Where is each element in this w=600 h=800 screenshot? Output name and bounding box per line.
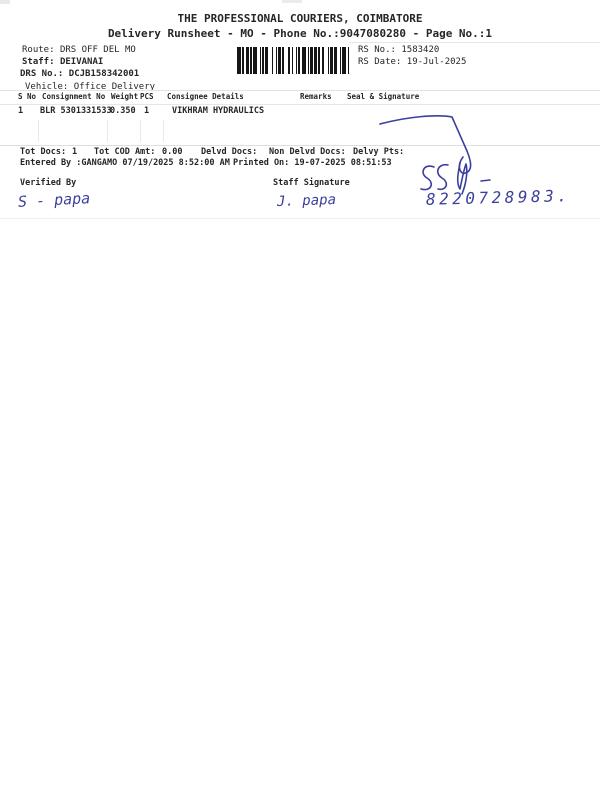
row-cell-pcs: 1 xyxy=(144,107,149,117)
summary-top-line xyxy=(0,145,600,146)
cell-border xyxy=(38,120,39,142)
company-title: THE PROFESSIONAL COURIERS, COIMBATORE xyxy=(0,13,600,26)
delivery-runsheet-scan: THE PROFESSIONAL COURIERS, COIMBATORE De… xyxy=(0,0,600,800)
staff-label: Staff: xyxy=(22,57,55,67)
route-label: Route: xyxy=(22,45,55,55)
rs-no-line: RS No.: 1583420 xyxy=(358,45,439,55)
cell-border xyxy=(107,120,108,142)
row-cell-consignment-no: BLR 5301331533 xyxy=(40,107,112,117)
route-value: DRS OFF DEL MO xyxy=(60,45,136,55)
scan-line xyxy=(350,42,600,43)
rs-date-value: 19-Jul-2025 xyxy=(407,57,467,67)
col-header-remarks: Remarks xyxy=(300,93,332,102)
staff-line: Staff: DEIVANAI xyxy=(22,57,103,67)
printed-on-label: Printed On: xyxy=(233,158,289,168)
rs-no-label: RS No.: xyxy=(358,45,396,55)
cell-border xyxy=(163,120,164,142)
scan-smudge xyxy=(0,0,10,4)
table-header-top-line xyxy=(0,90,600,91)
drs-no-value: DCJB158342001 xyxy=(69,69,139,79)
tot-cod-amt-value: 0.00 xyxy=(162,148,182,158)
route-line: Route: DRS OFF DEL MO xyxy=(22,45,136,55)
printed-on-line: Printed On: 19-07-2025 08:51:53 xyxy=(233,159,392,169)
row-cell-s-no: 1 xyxy=(18,107,23,117)
rs-date-label: RS Date: xyxy=(358,57,401,67)
col-header-s-no: S No xyxy=(18,93,36,102)
staff-signature-label: Staff Signature xyxy=(273,179,350,189)
entered-by-value: GANGAMO 07/19/2025 8:52:00 AM xyxy=(81,158,229,168)
drs-no-label: DRS No.: xyxy=(20,69,63,79)
drs-no-line: DRS No.: DCJB158342001 xyxy=(20,69,139,79)
scan-line xyxy=(0,218,600,219)
cell-border xyxy=(140,120,141,142)
non-delvd-docs-label: Non Delvd Docs: xyxy=(269,148,346,158)
row-cell-weight: 0.350 xyxy=(110,107,136,117)
col-header-consignment-no: Consignment No xyxy=(42,93,105,102)
tot-docs-label: Tot Docs: xyxy=(20,148,66,158)
rs-date-line: RS Date: 19-Jul-2025 xyxy=(358,57,466,67)
delvd-docs-label: Delvd Docs: xyxy=(201,148,257,158)
col-header-seal-signature: Seal & Signature xyxy=(347,93,419,102)
col-header-weight: Weight xyxy=(111,93,138,102)
col-header-consignee-details: Consignee Details xyxy=(167,93,244,102)
scan-smudge xyxy=(282,0,302,3)
verified-by-handwritten-signature: S - papa xyxy=(18,190,91,211)
handwritten-scribble-signature xyxy=(378,104,503,196)
rs-no-value: 1583420 xyxy=(401,45,439,55)
tot-docs-value: 1 xyxy=(72,148,77,158)
verified-by-label: Verified By xyxy=(20,179,76,189)
staff-value: DEIVANAI xyxy=(60,57,103,67)
entered-by-label: Entered By : xyxy=(20,158,81,168)
runsheet-subtitle: Delivery Runsheet - MO - Phone No.:90470… xyxy=(0,28,600,41)
barcode-image xyxy=(237,47,352,74)
row-cell-consignee-details: VIKHRAM HYDRAULICS xyxy=(172,107,264,117)
table-header-bottom-line xyxy=(0,104,600,105)
col-header-pcs: PCS xyxy=(140,93,154,102)
entered-by-line: Entered By :GANGAMO 07/19/2025 8:52:00 A… xyxy=(20,159,230,169)
tot-cod-amt-label: Tot COD Amt: xyxy=(94,148,155,158)
staff-handwritten-signature: J. papa xyxy=(277,192,337,210)
